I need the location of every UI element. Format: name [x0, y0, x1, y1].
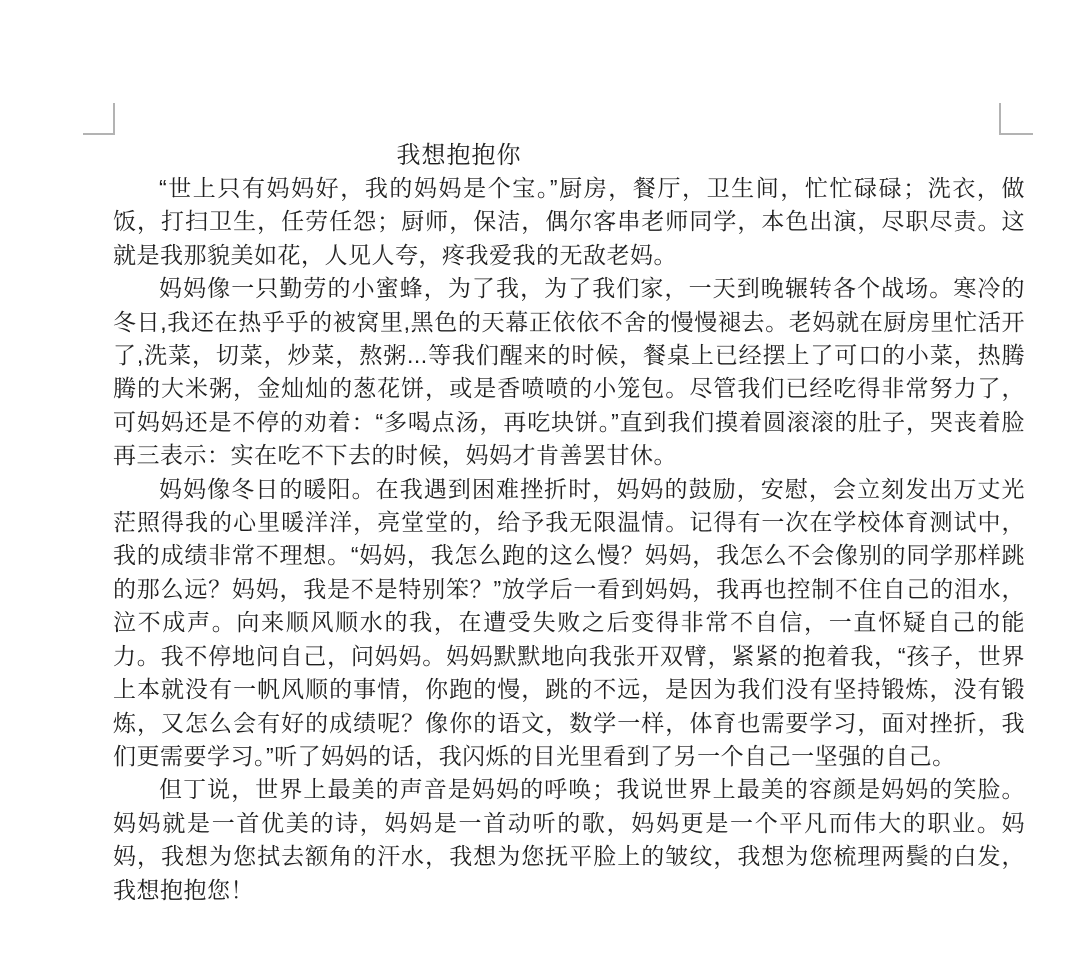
- document-page: 我想抱抱你 “世上只有妈妈好，我的妈妈是个宝。”厨房，餐厅，卫生间，忙忙碌碌；洗…: [0, 0, 1080, 972]
- essay-content: 我想抱抱你 “世上只有妈妈好，我的妈妈是个宝。”厨房，餐厅，卫生间，忙忙碌碌；洗…: [113, 139, 1025, 907]
- essay-paragraph-2: 妈妈像一只勤劳的小蜜蜂，为了我，为了我们家，一天到晚辗转各个战场。寒冷的冬日,我…: [113, 272, 1025, 472]
- essay-paragraph-1: “世上只有妈妈好，我的妈妈是个宝。”厨房，餐厅，卫生间，忙忙碌碌；洗衣，做饭，打…: [113, 172, 1025, 272]
- text-boundary-corner-mark-top-right: [999, 103, 1033, 135]
- essay-title: 我想抱抱你: [113, 139, 1025, 172]
- essay-paragraph-3: 妈妈像冬日的暖阳。在我遇到困难挫折时，妈妈的鼓励，安慰，会立刻发出万丈光茫照得我…: [113, 473, 1025, 774]
- essay-paragraph-4: 但丁说，世界上最美的声音是妈妈的呼唤；我说世界上最美的容颜是妈妈的笑脸。妈妈就是…: [113, 773, 1025, 907]
- text-boundary-corner-mark-top-left: [83, 103, 115, 135]
